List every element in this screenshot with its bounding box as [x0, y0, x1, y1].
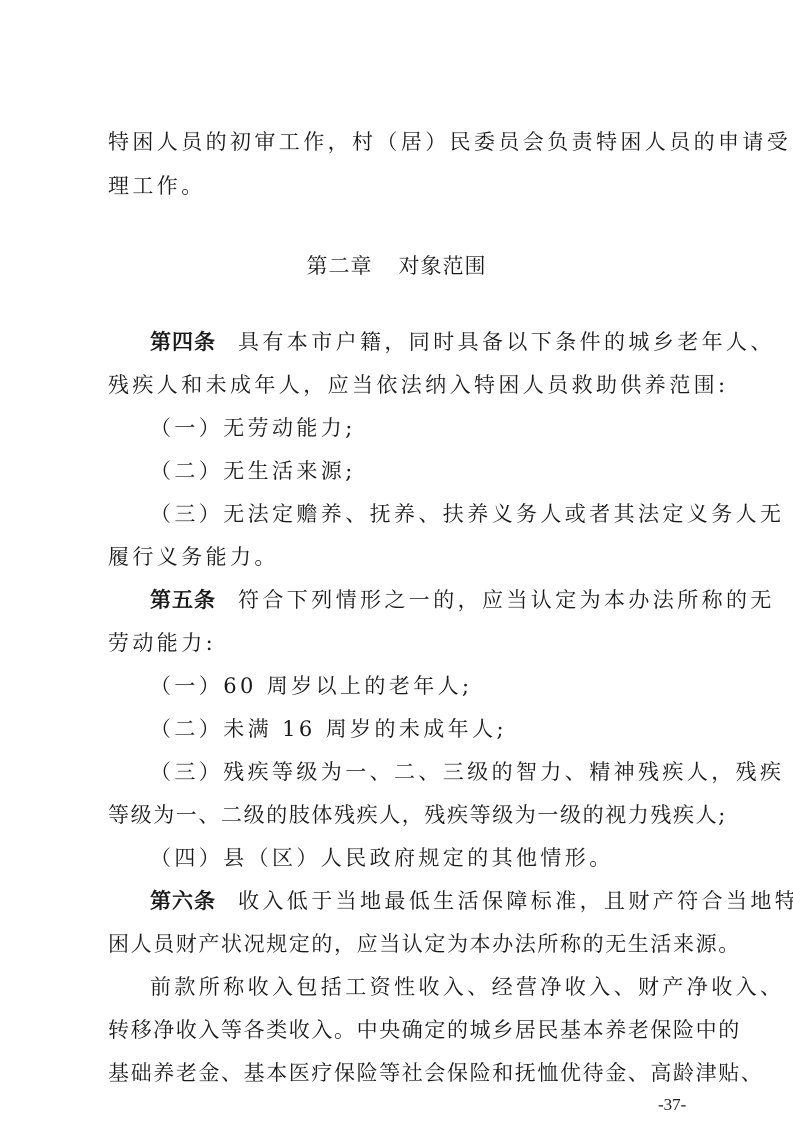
page-number: -37- — [658, 1095, 686, 1115]
article-label: 第六条 — [150, 889, 216, 913]
text-line: 转移净收入等各类收入。中央确定的城乡居民基本养老保险中的 — [108, 1018, 698, 1042]
text-line: 特困人员的初审工作，村（居）民委员会负责特困人员的申请受 — [108, 130, 698, 154]
text-line: 困人员财产状况规定的，应当认定为本办法所称的无生活来源。 — [108, 932, 698, 956]
list-item: （三）无法定赡养、抚养、扶养义务人或者其法定义务人无 — [150, 502, 740, 526]
article-text: 符合下列情形之一的，应当认定为本办法所称的无 — [238, 588, 775, 612]
text-line: 前款所称收入包括工资性收入、经营净收入、财产净收入、 — [150, 975, 740, 999]
text-line: 基础养老金、基本医疗保险等社会保险和抚恤优待金、高龄津贴、 — [108, 1061, 698, 1085]
chapter-heading: 第二章对象范围 — [0, 254, 793, 278]
list-item: （一）60 周岁以上的老年人; — [150, 674, 740, 698]
text-line: 等级为一、二级的肢体残疾人，残疾等级为一级的视力残疾人; — [108, 803, 698, 827]
article-4-line-1: 第四条具有本市户籍，同时具备以下条件的城乡老年人、 — [150, 330, 740, 354]
chapter-title: 对象范围 — [399, 254, 487, 278]
article-text: 收入低于当地最低生活保障标准，且财产符合当地特 — [238, 889, 793, 913]
text-line: 理工作。 — [108, 174, 698, 198]
text-line: 残疾人和未成年人，应当依法纳入特困人员救助供养范围: — [108, 373, 698, 397]
text-line: 劳动能力: — [108, 631, 698, 655]
chapter-number: 第二章 — [307, 254, 373, 278]
list-item: （二）未满 16 周岁的未成年人; — [150, 717, 740, 741]
list-item: （四）县（区）人民政府规定的其他情形。 — [150, 846, 740, 870]
article-label: 第五条 — [150, 588, 216, 612]
article-6-line-1: 第六条收入低于当地最低生活保障标准，且财产符合当地特 — [150, 889, 740, 913]
list-item: （三）残疾等级为一、二、三级的智力、精神残疾人，残疾 — [150, 760, 740, 784]
article-text: 具有本市户籍，同时具备以下条件的城乡老年人、 — [238, 330, 775, 354]
document-page: 特困人员的初审工作，村（居）民委员会负责特困人员的申请受 理工作。 第二章对象范… — [0, 0, 793, 1122]
list-item: （二）无生活来源; — [150, 459, 740, 483]
article-5-line-1: 第五条符合下列情形之一的，应当认定为本办法所称的无 — [150, 588, 740, 612]
article-label: 第四条 — [150, 330, 216, 354]
list-item: （一）无劳动能力; — [150, 416, 740, 440]
text-line: 履行义务能力。 — [108, 545, 698, 569]
